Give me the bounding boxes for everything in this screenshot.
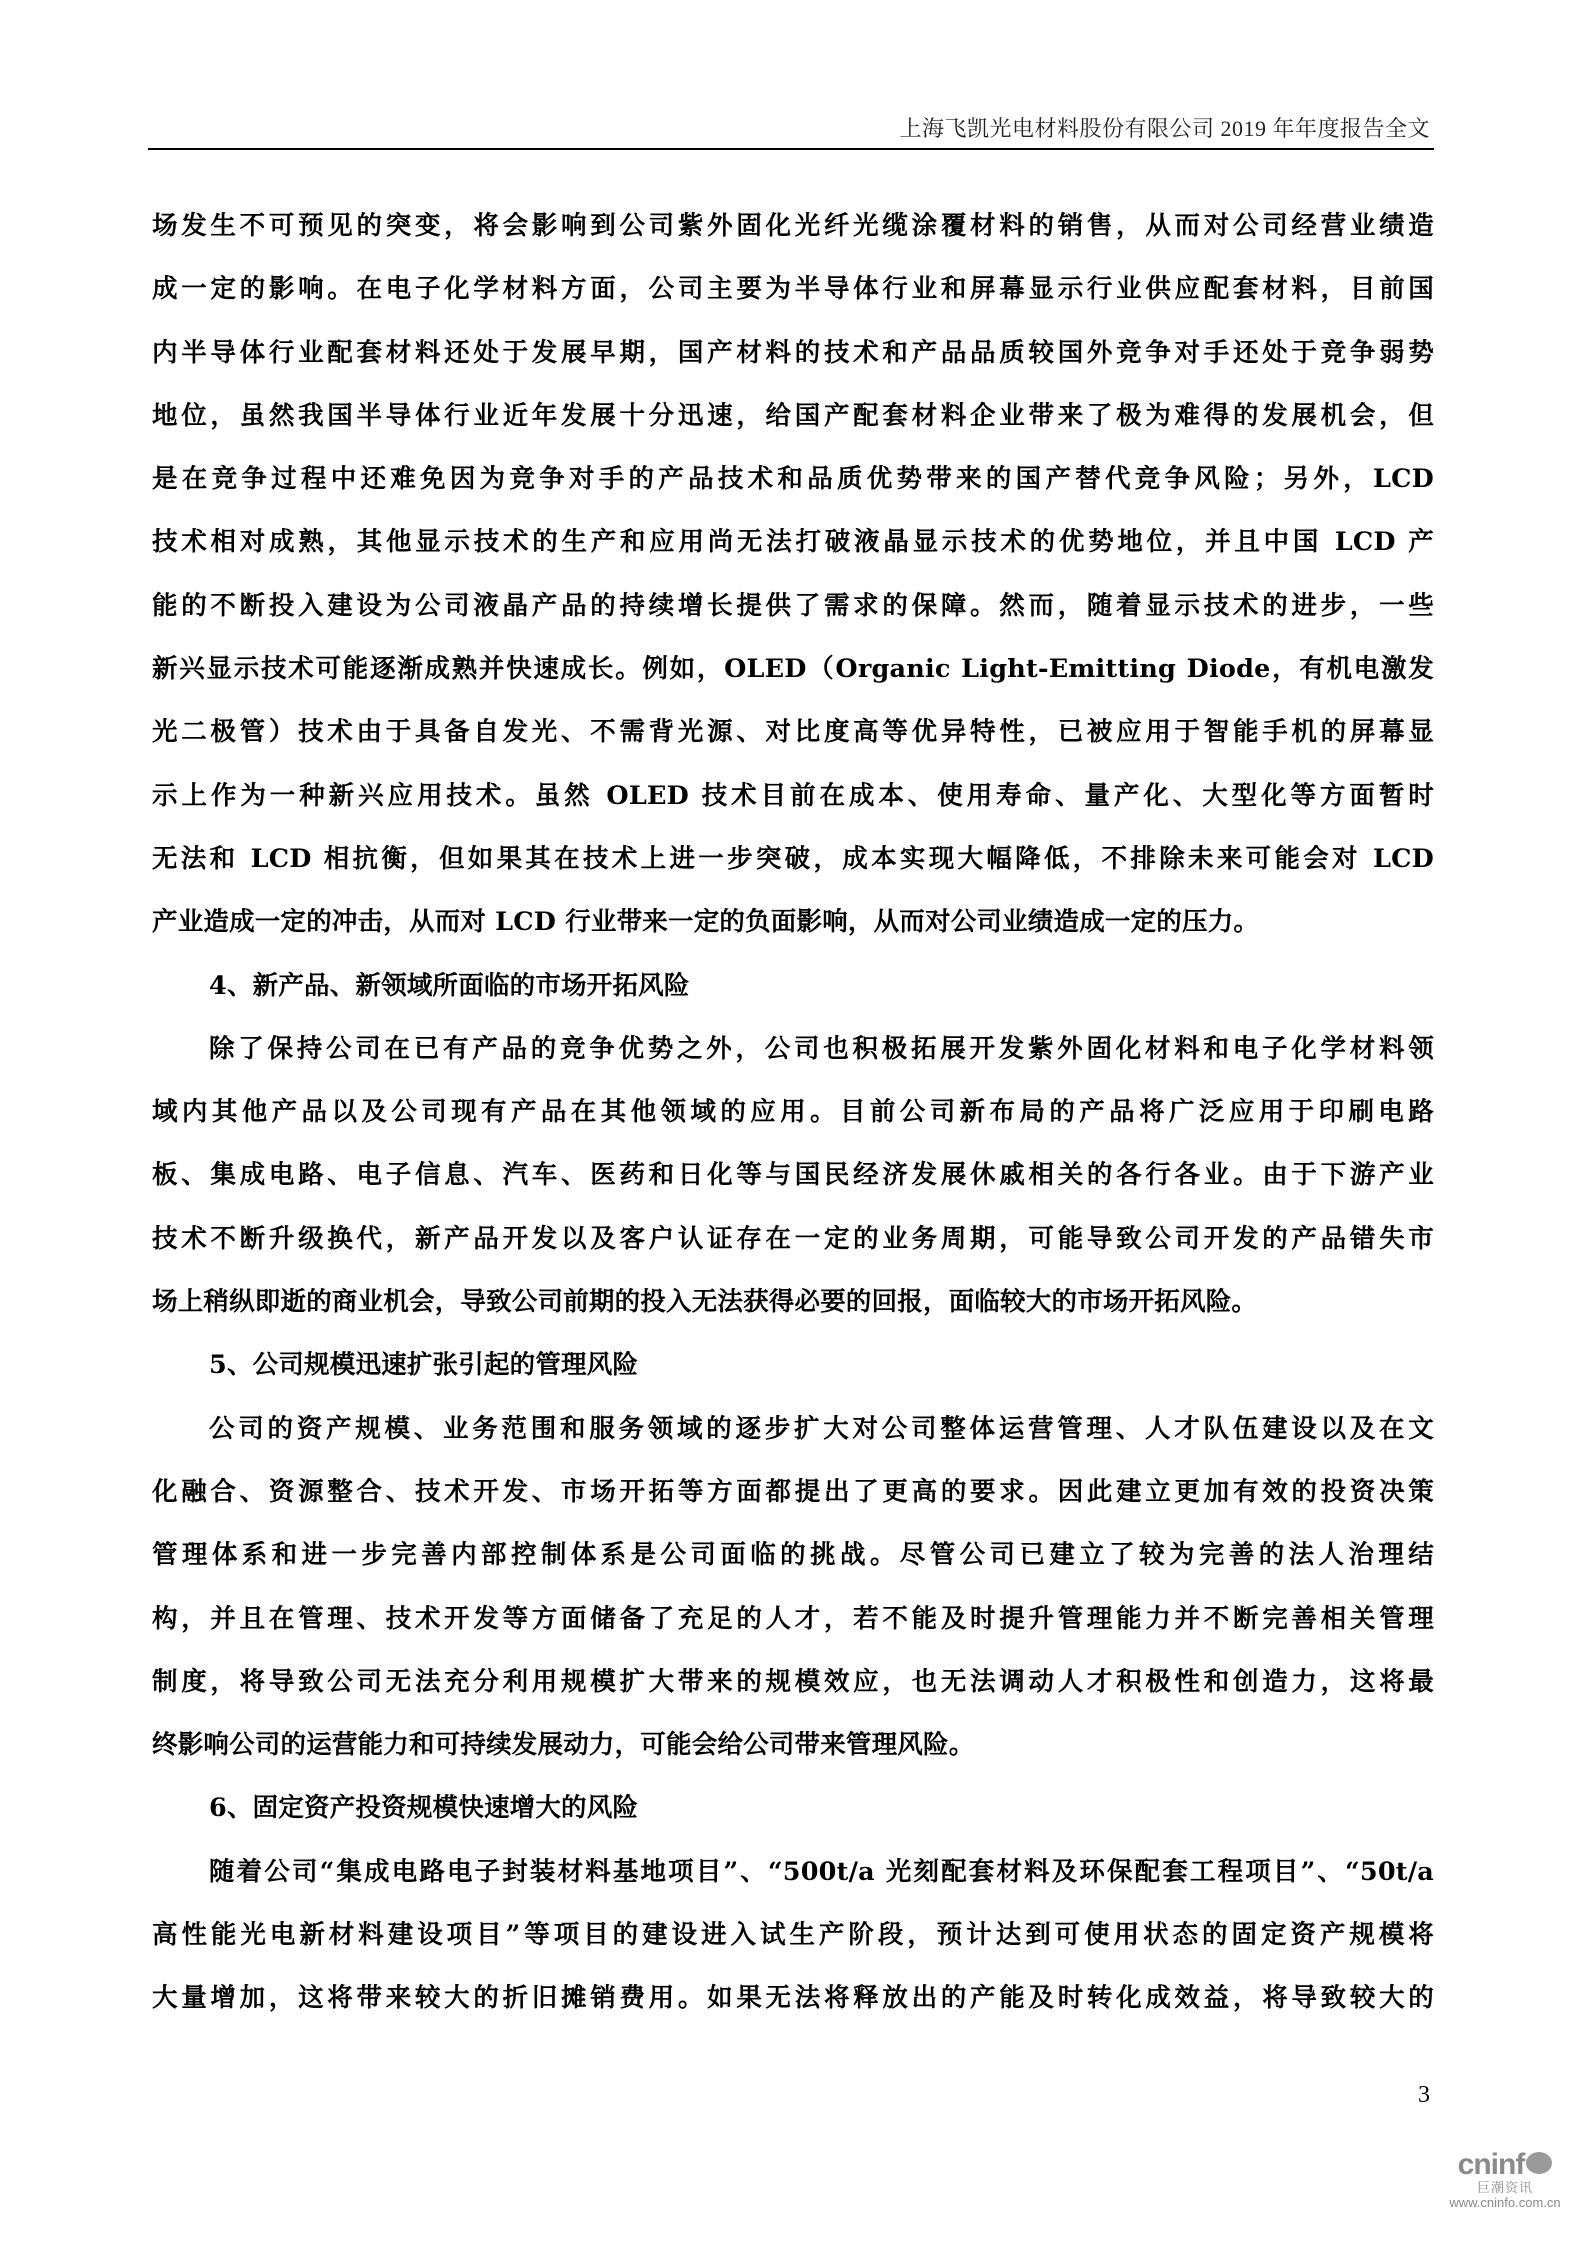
text-line: 大量增加，这将带来较大的折旧摊销费用。如果无法将释放出的产能及时转化成效益，将导… bbox=[152, 1967, 1434, 2030]
watermark-name: 巨潮资讯 bbox=[1430, 2180, 1580, 2195]
document-body: 场发生不可预见的突变，将会影响到公司紫外固化光纤光缆涂覆材料的销售，从而对公司经… bbox=[152, 195, 1434, 2031]
text-line: 制度，将导致公司无法充分利用规模扩大带来的规模效应，也无法调动人才积极性和创造力… bbox=[152, 1651, 1434, 1714]
cninfo-swirl-icon bbox=[1526, 2152, 1552, 2174]
text-line: 公司的资产规模、业务范围和服务领域的逐步扩大对公司整体运营管理、人才队伍建设以及… bbox=[152, 1398, 1434, 1461]
section-heading: 6、固定资产投资规模快速增大的风险 bbox=[152, 1777, 1434, 1840]
text-line: 成一定的影响。在电子化学材料方面，公司主要为半导体行业和屏幕显示行业供应配套材料… bbox=[152, 258, 1434, 321]
text-line: 能的不断投入建设为公司液晶产品的持续增长提供了需求的保障。然而，随着显示技术的进… bbox=[152, 575, 1434, 638]
report-title: 上海飞凯光电材料股份有限公司 2019 年年度报告全文 bbox=[899, 112, 1430, 143]
text-line: 是在竞争过程中还难免因为竞争对手的产品技术和品质优势带来的国产替代竞争风险；另外… bbox=[152, 448, 1434, 511]
text-line: 示上作为一种新兴应用技术。虽然 OLED 技术目前在成本、使用寿命、量产化、大型… bbox=[152, 765, 1434, 828]
section-heading: 5、公司规模迅速扩张引起的管理风险 bbox=[152, 1334, 1434, 1397]
logo-text: cninf bbox=[1458, 2148, 1525, 2181]
text-line: 内半导体行业配套材料还处于发展早期，国产材料的技术和产品品质较国外竞争对手还处于… bbox=[152, 322, 1434, 385]
text-line: 光二极管）技术由于具备自发光、不需背光源、对比度高等优异特性，已被应用于智能手机… bbox=[152, 701, 1434, 764]
text-line: 域内其他产品以及公司现有产品在其他领域的应用。目前公司新布局的产品将广泛应用于印… bbox=[152, 1081, 1434, 1144]
text-line: 高性能光电新材料建设项目”等项目的建设进入试生产阶段，预计达到可使用状态的固定资… bbox=[152, 1904, 1434, 1967]
text-line: 除了保持公司在已有产品的竞争优势之外，公司也积极拓展开发紫外固化材料和电子化学材… bbox=[152, 1018, 1434, 1081]
cninfo-logo: cninf bbox=[1430, 2150, 1580, 2180]
text-line: 板、集成电路、电子信息、汽车、医药和日化等与国民经济发展休戚相关的各行各业。由于… bbox=[152, 1144, 1434, 1207]
text-line: 场发生不可预见的突变，将会影响到公司紫外固化光纤光缆涂覆材料的销售，从而对公司经… bbox=[152, 195, 1434, 258]
text-line: 场上稍纵即逝的商业机会，导致公司前期的投入无法获得必要的回报，面临较大的市场开拓… bbox=[152, 1271, 1434, 1334]
text-line: 新兴显示技术可能逐渐成熟并快速成长。例如，OLED（Organic Light-… bbox=[152, 638, 1434, 701]
text-line: 管理体系和进一步完善内部控制体系是公司面临的挑战。尽管公司已建立了较为完善的法人… bbox=[152, 1524, 1434, 1587]
text-line: 地位，虽然我国半导体行业近年发展十分迅速，给国产配套材料企业带来了极为难得的发展… bbox=[152, 385, 1434, 448]
page-header: 上海飞凯光电材料股份有限公司 2019 年年度报告全文 bbox=[148, 108, 1434, 150]
text-line: 产业造成一定的冲击，从而对 LCD 行业带来一定的负面影响，从而对公司业绩造成一… bbox=[152, 891, 1434, 954]
cninfo-watermark: cninf 巨潮资讯 www.cninfo.com.cn bbox=[1430, 2150, 1580, 2210]
text-line: 构，并且在管理、技术开发等方面储备了充足的人才，若不能及时提升管理能力并不断完善… bbox=[152, 1588, 1434, 1651]
text-line: 技术不断升级换代，新产品开发以及客户认证存在一定的业务周期，可能导致公司开发的产… bbox=[152, 1208, 1434, 1271]
text-line: 技术相对成熟，其他显示技术的生产和应用尚无法打破液晶显示技术的优势地位，并且中国… bbox=[152, 511, 1434, 574]
text-line: 终影响公司的运营能力和可持续发展动力，可能会给公司带来管理风险。 bbox=[152, 1714, 1434, 1777]
section-heading: 4、新产品、新领域所面临的市场开拓风险 bbox=[152, 955, 1434, 1018]
text-line: 随着公司“集成电路电子封装材料基地项目”、“500t/a 光刻配套材料及环保配套… bbox=[152, 1841, 1434, 1904]
page-number: 3 bbox=[1418, 2082, 1430, 2109]
text-line: 化融合、资源整合、技术开发、市场开拓等方面都提出了更高的要求。因此建立更加有效的… bbox=[152, 1461, 1434, 1524]
text-line: 无法和 LCD 相抗衡，但如果其在技术上进一步突破，成本实现大幅降低，不排除未来… bbox=[152, 828, 1434, 891]
watermark-url: www.cninfo.com.cn bbox=[1430, 2195, 1580, 2210]
